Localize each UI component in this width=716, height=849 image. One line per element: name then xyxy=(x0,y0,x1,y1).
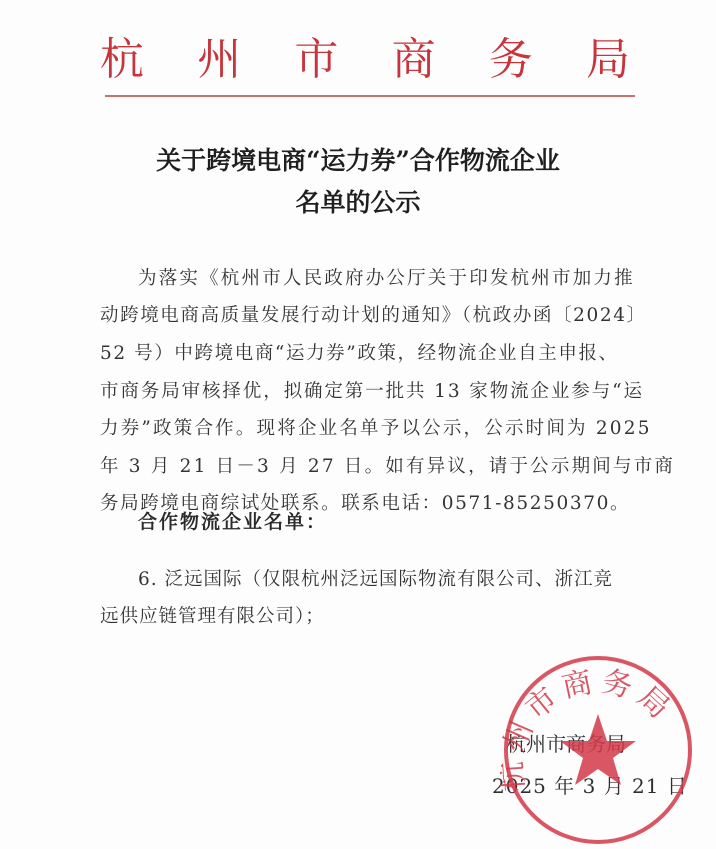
body-line: 动跨境电商高质量发展行动计划的通知》（杭政办函〔2024〕 xyxy=(100,301,647,327)
letterhead-char: 务 xyxy=(489,32,533,88)
letterhead-char: 杭 xyxy=(100,32,144,88)
letterhead-char: 局 xyxy=(586,32,630,88)
body-line: 年 3 月 21 日－3 月 27 日。如有异议，请于公示期间与市商 xyxy=(100,452,675,478)
document-title-line-2: 名单的公示 xyxy=(0,183,716,219)
document-page: 杭 州 市 商 务 局 关于跨境电商“运力券”合作物流企业 名单的公示 为落实《… xyxy=(0,0,716,849)
letterhead-char: 州 xyxy=(197,32,241,88)
letterhead-char: 商 xyxy=(392,32,436,88)
body-line: 52 号）中跨境电商“运力券”政策，经物流企业自主申报、 xyxy=(100,339,619,365)
body-line: 市商务局审核择优，拟确定第一批共 13 家物流企业参与“运 xyxy=(100,377,644,403)
list-item-line-2: 远供应链管理有限公司）； xyxy=(100,602,325,628)
signature-org: 杭州市商务局 xyxy=(506,728,626,757)
list-item-line-1: 6. 泛远国际（仅限杭州泛远国际物流有限公司、浙江竞 xyxy=(138,565,613,591)
letterhead-org-name: 杭 州 市 商 务 局 xyxy=(100,32,630,88)
letterhead-char: 市 xyxy=(294,32,338,88)
body-line: 为落实《杭州市人民政府办公厅关于印发杭州市加力推 xyxy=(138,264,635,290)
document-title-line-1: 关于跨境电商“运力券”合作物流企业 xyxy=(0,141,716,177)
letterhead-divider xyxy=(105,95,635,97)
list-heading: 合作物流企业名单： xyxy=(138,507,327,534)
body-line: 力券”政策合作。现将企业名单予以公示，公示时间为 2025 xyxy=(100,414,652,440)
signature-date: 2025 年 3 月 21 日 xyxy=(492,770,688,799)
